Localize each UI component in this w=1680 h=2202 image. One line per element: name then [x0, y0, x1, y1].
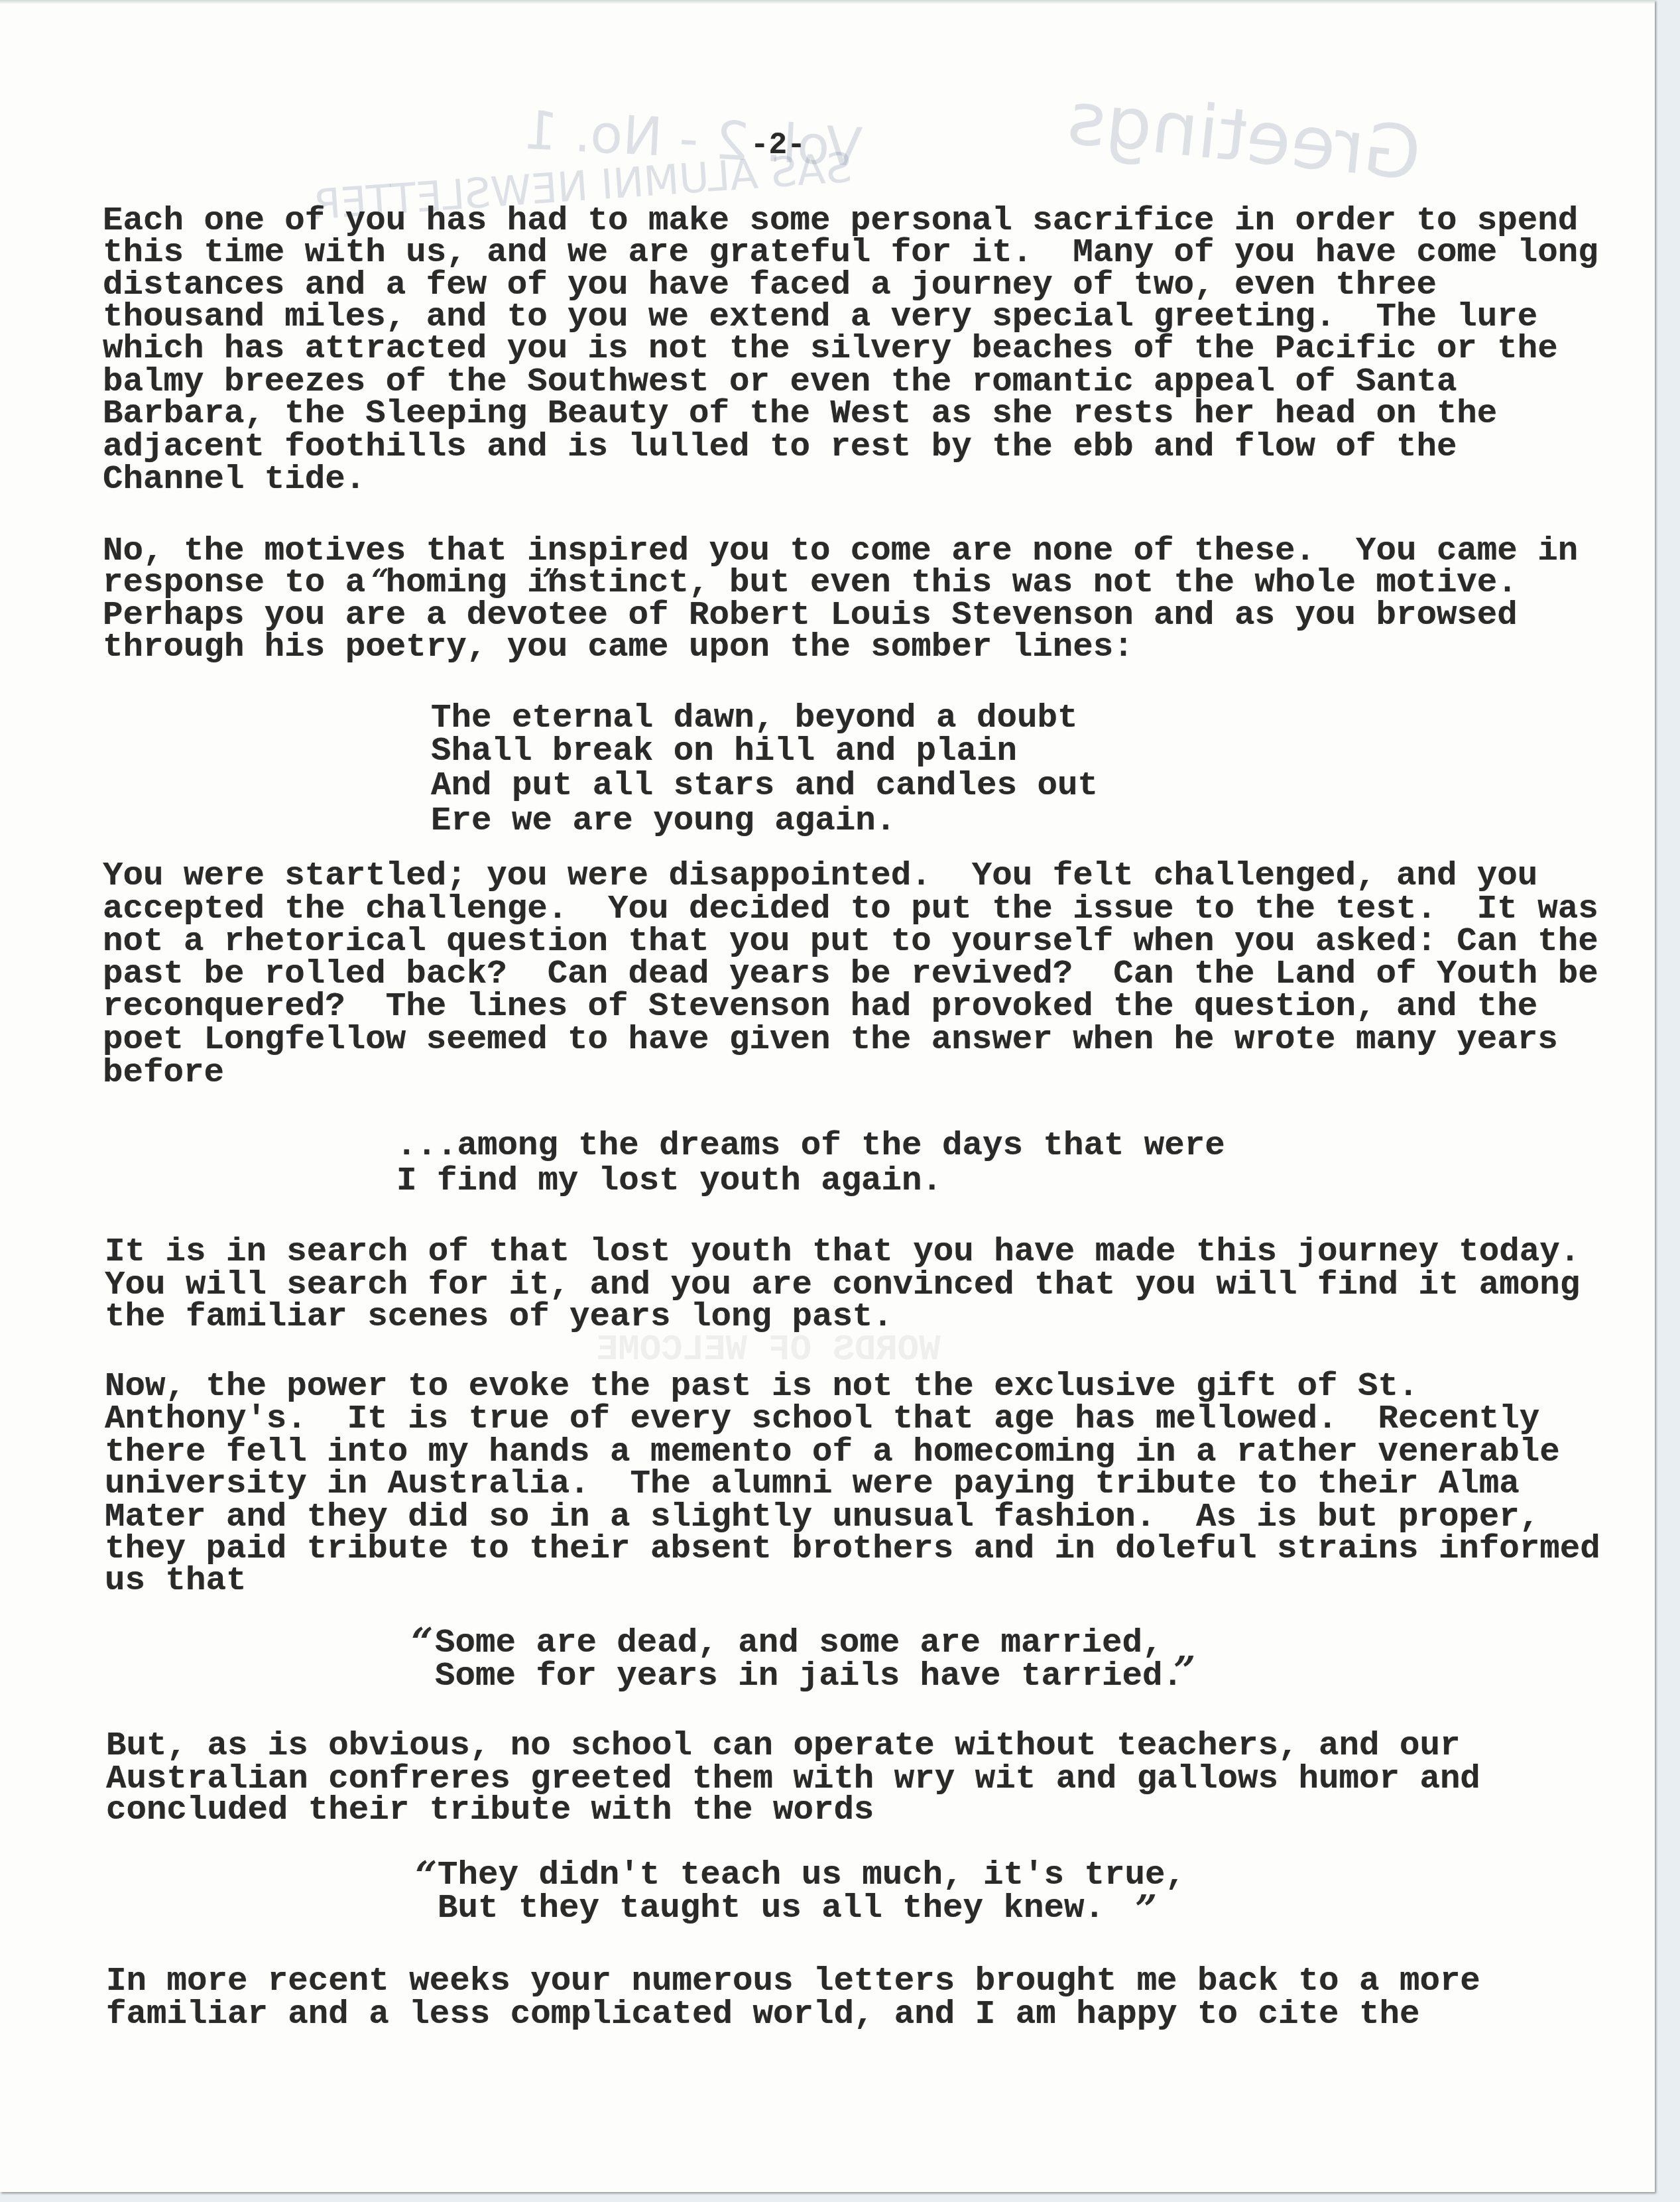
text-line: Some for years in jails have tarried.	[435, 1660, 1183, 1694]
document-page: Greetings Vol. 2 - No. 1 SAS ALUMNI NEWS…	[0, 0, 1655, 2192]
handwritten-open-quote: “	[371, 565, 389, 595]
text-line: response to a homing instinct, but even …	[103, 567, 1518, 601]
text-line: through his poetry, you came upon the so…	[103, 631, 1134, 665]
page-number: -2-	[750, 130, 806, 160]
text-line: In more recent weeks your numerous lette…	[106, 1965, 1480, 1999]
text-line: poet Longfellow seemed to have given the…	[103, 1024, 1558, 1058]
text-line: Anthony's. It is true of every school th…	[105, 1403, 1539, 1437]
text-line: they paid tribute to their absent brothe…	[105, 1533, 1600, 1567]
text-line: Shall break on hill and plain	[431, 735, 1017, 769]
text-line: accepted the challenge. You decided to p…	[103, 893, 1598, 927]
handwritten-open-quote: “	[415, 1857, 437, 1895]
text-line: which has attracted you is not the silve…	[103, 333, 1558, 367]
text-line: ...among the dreams of the days that wer…	[396, 1130, 1225, 1164]
text-line: I find my lost youth again.	[396, 1165, 942, 1199]
bleed-reverse-heading: WORDS OF WELCOME	[597, 1333, 940, 1369]
text-line: the familiar scenes of years long past.	[105, 1301, 893, 1335]
text-line: The eternal dawn, beyond a doubt	[431, 702, 1077, 736]
text-line: Barbara, the Sleeping Beauty of the West…	[103, 398, 1497, 432]
text-line: concluded their tribute with the words	[106, 1794, 874, 1828]
text-line: us that	[105, 1565, 246, 1599]
text-line: Some are dead, and some are married,	[435, 1627, 1162, 1661]
handwritten-close-quote: ”	[1135, 1890, 1157, 1928]
handwritten-close-quote: ”	[1173, 1651, 1195, 1689]
handwritten-open-quote: “	[411, 1623, 433, 1662]
text-line: familiar and a less complicated world, a…	[106, 1998, 1419, 2032]
paper-top-edge	[0, 0, 1655, 4]
text-line: past be rolled back? Can dead years be r…	[103, 958, 1598, 992]
text-line: Now, the power to evoke the past is not …	[105, 1371, 1418, 1404]
text-line: But, as is obvious, no school can operat…	[106, 1730, 1460, 1764]
text-line: not a rhetorical question that you put t…	[103, 926, 1598, 959]
text-line: You were startled; you were disappointed…	[103, 860, 1537, 894]
text-line: university in Australia. The alumni were…	[105, 1468, 1520, 1502]
bleed-handwritten-title: Greetings	[1065, 81, 1425, 190]
text-line: It is in search of that lost youth that …	[105, 1236, 1580, 1270]
text-line: adjacent foothills and is lulled to rest…	[103, 431, 1457, 465]
text-line: reconquered? The lines of Stevenson had …	[103, 991, 1537, 1024]
text-line: But they taught us all they knew.	[438, 1892, 1105, 1926]
handwritten-close-quote: ”	[542, 565, 560, 595]
text-line: They didn't teach us much, it's true,	[438, 1859, 1185, 1893]
text-line: And put all stars and candles out	[431, 770, 1098, 804]
text-line: before	[103, 1057, 224, 1091]
text-line: Ere we are young again.	[431, 805, 896, 839]
text-line: Channel tide.	[103, 463, 365, 497]
text-line: this time with us, and we are grateful f…	[103, 237, 1598, 271]
